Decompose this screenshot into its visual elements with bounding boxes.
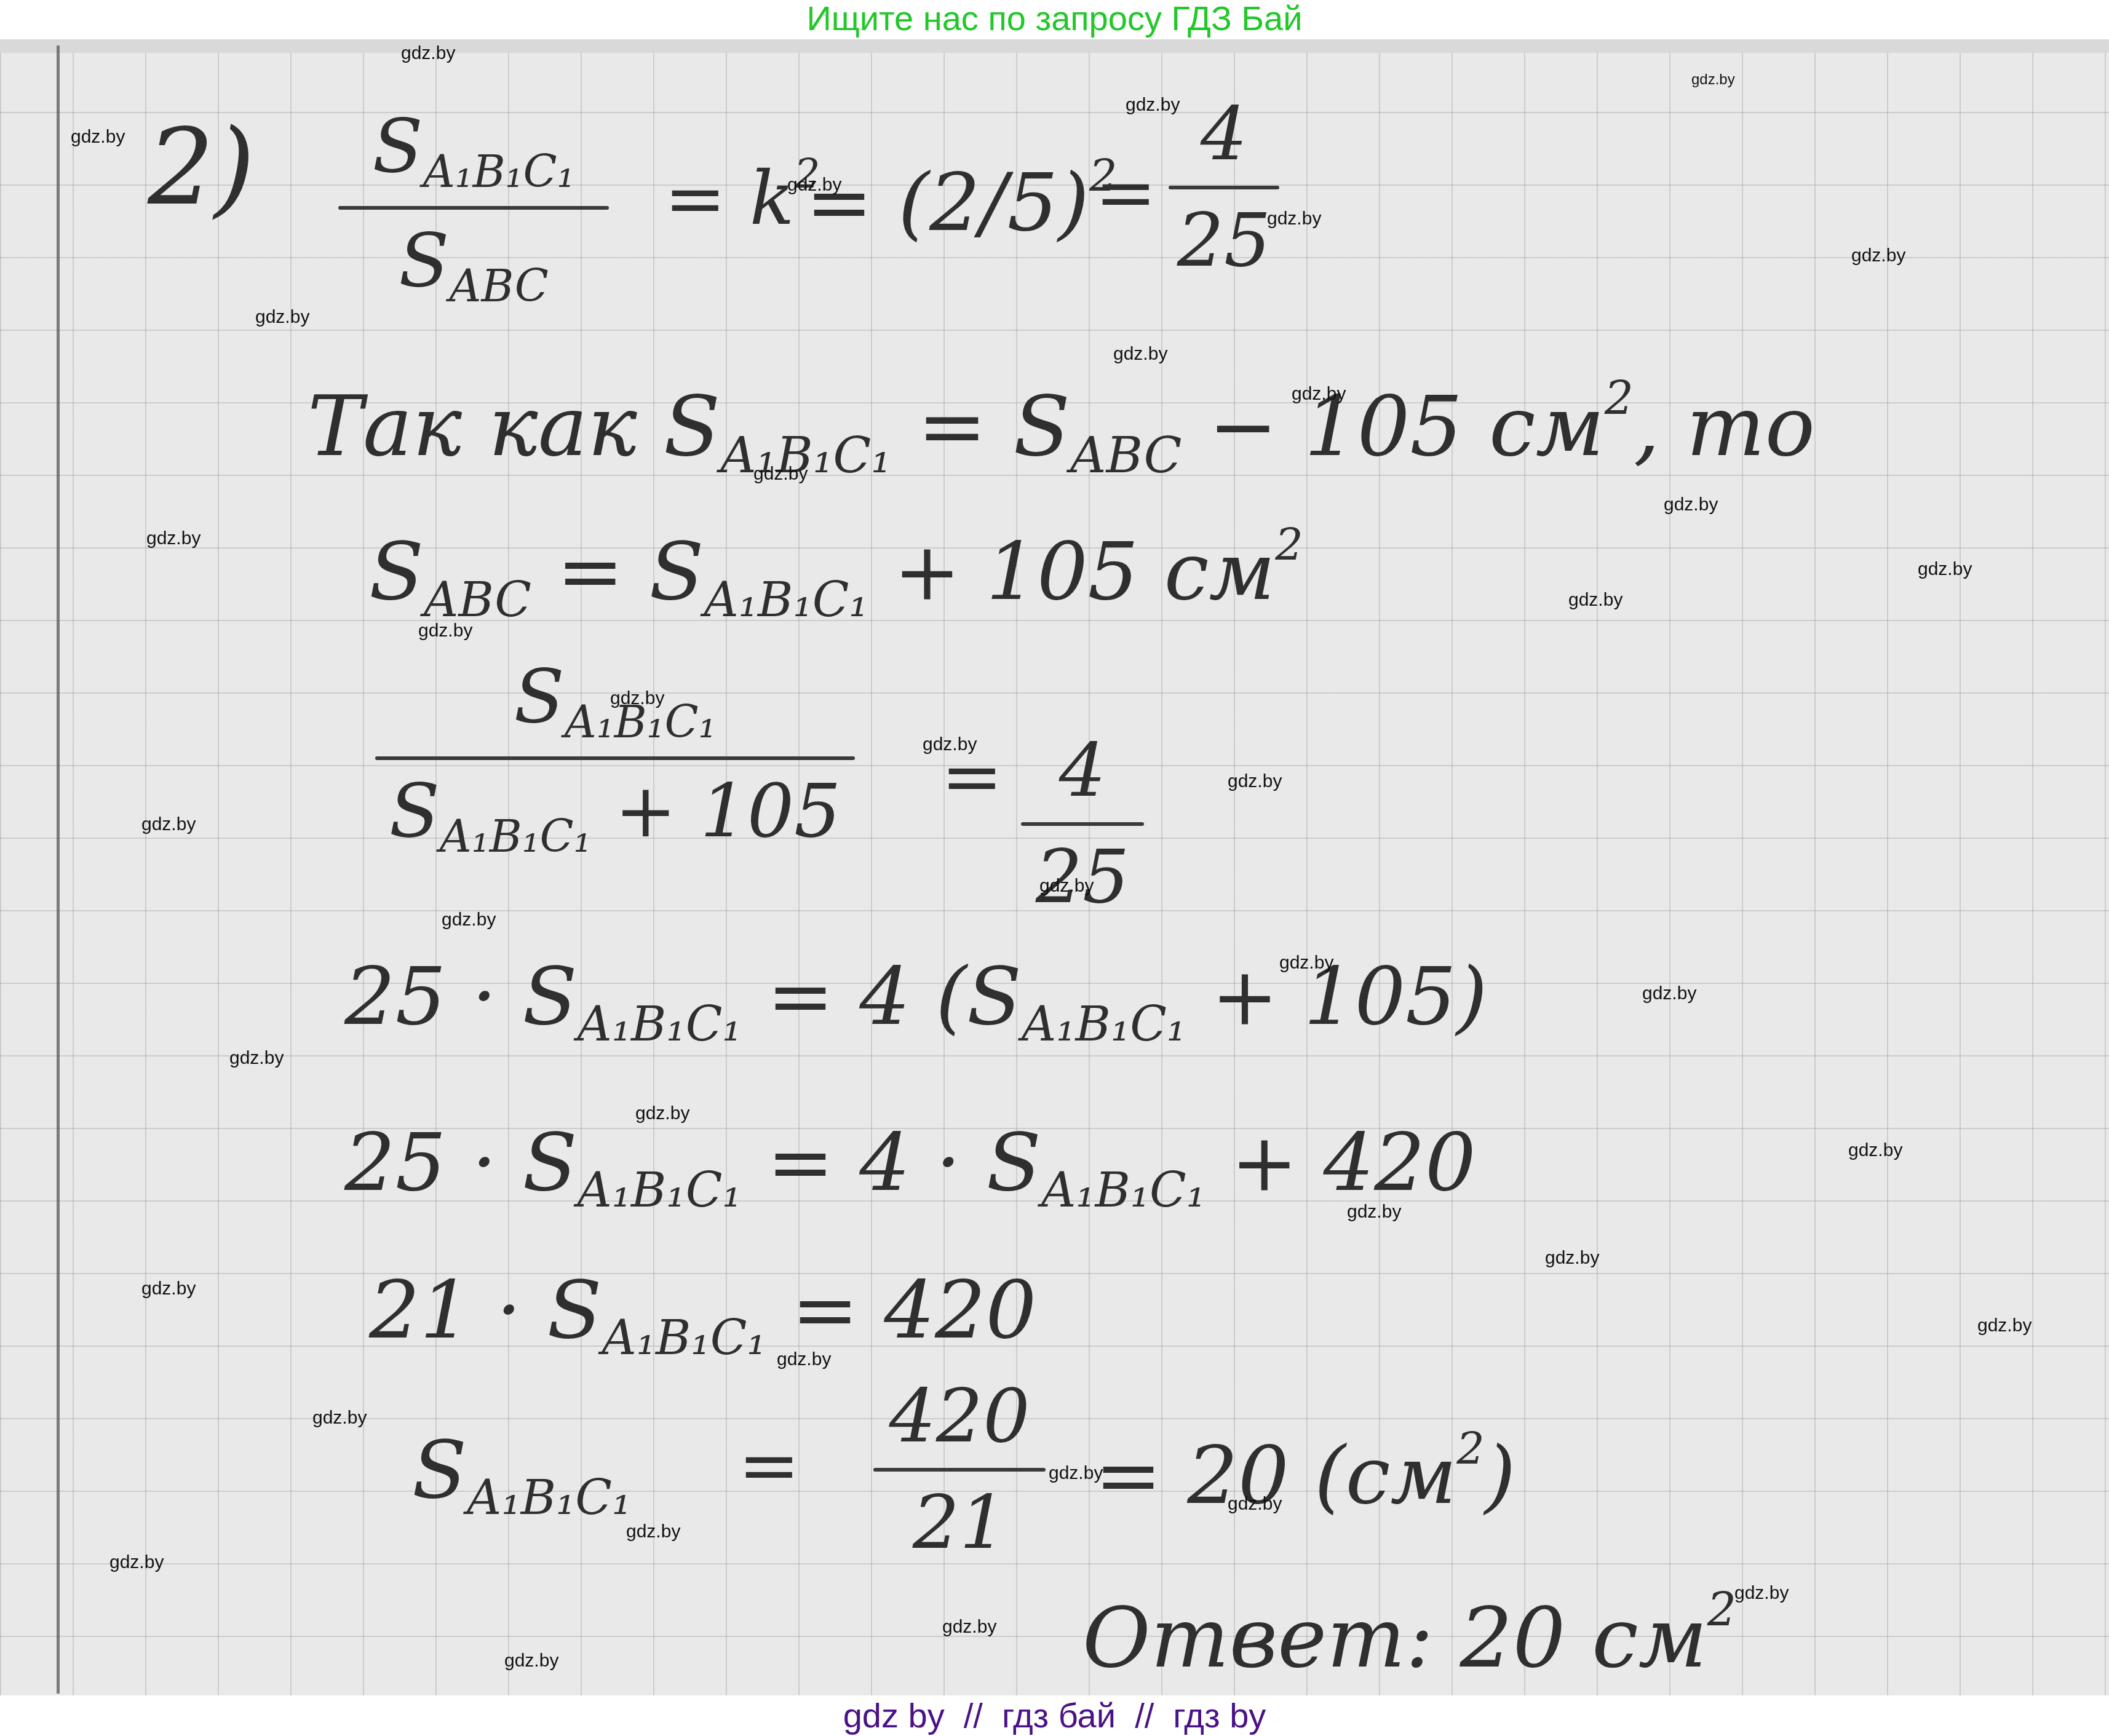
division-fraction: 420 21 bbox=[873, 1374, 1046, 1566]
text: = k bbox=[664, 156, 794, 242]
subscript: A₁B₁C₁ bbox=[602, 1310, 766, 1366]
text: = 420 bbox=[766, 1263, 1037, 1357]
subscript: A₁B₁C₁ bbox=[577, 1163, 741, 1218]
watermark: gdz.by bbox=[1228, 1494, 1282, 1515]
s-symbol: S bbox=[389, 769, 440, 854]
eq-k-squared: = k2 bbox=[664, 150, 820, 242]
watermark: gdz.by bbox=[141, 1278, 196, 1299]
text: S bbox=[412, 1423, 467, 1516]
text: = S bbox=[891, 378, 1070, 475]
subscript: A₁B₁C₁ bbox=[704, 573, 868, 628]
fraction-bar bbox=[1021, 822, 1144, 826]
top-banner: Ищите нас по запросу ГДЗ Бай bbox=[0, 0, 2109, 39]
subscript: ABC bbox=[424, 573, 531, 628]
fraction-denominator: SA₁B₁C₁ + 105 bbox=[375, 769, 855, 862]
watermark: gdz.by bbox=[942, 1617, 996, 1638]
text: 21 · S bbox=[369, 1263, 602, 1357]
line-collect: 21 · SA₁B₁C₁ = 420 bbox=[369, 1263, 1036, 1366]
subscript: A₁B₁C₁ bbox=[1022, 997, 1186, 1052]
item-label: 2) bbox=[148, 107, 255, 229]
subscript: A₁B₁C₁ bbox=[440, 811, 592, 862]
text: Так как S bbox=[308, 378, 720, 475]
eq-two-fifths-squared: = (2/5)2 bbox=[806, 150, 1117, 249]
watermark: gdz.by bbox=[442, 910, 496, 930]
answer-line: Ответ: 20 см2 bbox=[1082, 1583, 1736, 1686]
watermark: gdz.by bbox=[146, 528, 201, 549]
footer-text: gdz by // гдз бай // гдз by bbox=[843, 1696, 1266, 1735]
answer-text: Ответ: 20 см bbox=[1082, 1590, 1707, 1686]
subscript: A₁B₁C₁ bbox=[423, 146, 575, 197]
watermark: gdz.by bbox=[312, 1408, 367, 1429]
fraction-numerator: 4 bbox=[1169, 92, 1279, 177]
watermark: gdz.by bbox=[1691, 71, 1735, 89]
watermark: gdz.by bbox=[1126, 95, 1180, 116]
subscript: ABC bbox=[449, 260, 548, 312]
watermark: gdz.by bbox=[1848, 1140, 1902, 1161]
watermark: gdz.by bbox=[1734, 1583, 1789, 1604]
watermark: gdz.by bbox=[1664, 494, 1718, 515]
line-s-abc: SABC = SA₁B₁C₁ + 105 см2 bbox=[369, 519, 1303, 628]
text: + 105 bbox=[591, 769, 841, 854]
watermark: gdz.by bbox=[1039, 876, 1094, 897]
fraction-bar bbox=[873, 1468, 1046, 1472]
watermark: gdz.by bbox=[1267, 208, 1321, 229]
substituted-fraction: SA₁B₁C₁ SA₁B₁C₁ + 105 bbox=[375, 654, 855, 862]
equals-sign: = bbox=[738, 1423, 800, 1508]
text: + 420 bbox=[1205, 1116, 1476, 1209]
text: 25 · S bbox=[344, 949, 577, 1043]
superscript: 2 bbox=[1707, 1583, 1736, 1636]
watermark: gdz.by bbox=[635, 1103, 689, 1124]
watermark: gdz.by bbox=[1049, 1463, 1103, 1484]
s-symbol: S bbox=[399, 218, 449, 304]
watermark: gdz.by bbox=[229, 1048, 284, 1069]
line-solve-lhs: SA₁B₁C₁ bbox=[412, 1423, 631, 1526]
watermark: gdz.by bbox=[923, 734, 977, 755]
fraction-denominator: SABC bbox=[338, 218, 609, 312]
watermark: gdz.by bbox=[787, 175, 841, 196]
watermark: gdz.by bbox=[418, 620, 472, 641]
fraction-denominator: 21 bbox=[873, 1480, 1046, 1566]
text: = 4 · S bbox=[742, 1116, 1041, 1209]
graph-paper-sheet: 2) SA₁B₁C₁ SABC = k2 = (2/5)2 = 4 25 Так… bbox=[0, 39, 2109, 1695]
subscript: A₁B₁C₁ bbox=[577, 997, 741, 1052]
text: = (2/5) bbox=[806, 156, 1089, 249]
watermark: gdz.by bbox=[1279, 953, 1333, 973]
line-expand: 25 · SA₁B₁C₁ = 4 · SA₁B₁C₁ + 420 bbox=[344, 1116, 1476, 1218]
watermark: gdz.by bbox=[1113, 344, 1167, 365]
equals-sign: = bbox=[1095, 150, 1157, 236]
text: S bbox=[369, 525, 424, 618]
text: − 105 см bbox=[1182, 378, 1605, 475]
text: ) bbox=[1485, 1429, 1516, 1522]
watermark: gdz.by bbox=[141, 814, 196, 835]
text: = S bbox=[531, 525, 704, 618]
watermark: gdz.by bbox=[626, 1521, 680, 1542]
s-symbol: S bbox=[373, 104, 423, 189]
fraction-denominator: 25 bbox=[1169, 198, 1279, 283]
superscript: 2 bbox=[1275, 519, 1303, 570]
result-fraction: 4 25 bbox=[1169, 92, 1279, 283]
fraction-bar bbox=[338, 206, 609, 210]
margin-line bbox=[57, 46, 60, 1694]
watermark: gdz.by bbox=[1228, 771, 1282, 792]
watermark: gdz.by bbox=[777, 1349, 831, 1370]
text: + 105 см bbox=[868, 525, 1276, 618]
watermark: gdz.by bbox=[1977, 1315, 2032, 1336]
banner-text: Ищите нас по запросу ГДЗ Бай bbox=[806, 0, 1302, 38]
subscript: ABC bbox=[1070, 427, 1182, 485]
fraction-numerator: SA₁B₁C₁ bbox=[338, 104, 609, 197]
s-symbol: S bbox=[514, 654, 565, 740]
watermark: gdz.by bbox=[1918, 559, 1972, 580]
line-since: Так как SA₁B₁C₁ = SABC − 105 см2, то bbox=[308, 371, 1815, 485]
watermark: gdz.by bbox=[1568, 590, 1622, 611]
superscript: 2 bbox=[1605, 371, 1634, 425]
text: + 105) bbox=[1186, 949, 1487, 1043]
text: = 4 (S bbox=[742, 949, 1022, 1043]
watermark: gdz.by bbox=[71, 127, 125, 148]
bottom-footer: gdz by // гдз бай // гдз by bbox=[0, 1695, 2109, 1736]
watermark: gdz.by bbox=[1292, 384, 1346, 405]
watermark: gdz.by bbox=[504, 1651, 558, 1671]
fraction-bar bbox=[375, 756, 855, 760]
fraction-bar bbox=[1169, 186, 1279, 189]
fraction-numerator: 4 bbox=[1021, 728, 1144, 814]
watermark: gdz.by bbox=[753, 464, 808, 485]
subscript: A₁B₁C₁ bbox=[1041, 1163, 1205, 1218]
superscript: 2 bbox=[1456, 1423, 1485, 1474]
watermark: gdz.by bbox=[401, 43, 455, 64]
watermark: gdz.by bbox=[109, 1552, 164, 1573]
subscript: A₁B₁C₁ bbox=[467, 1470, 631, 1526]
text: , то bbox=[1634, 378, 1815, 475]
fraction-numerator: 420 bbox=[873, 1374, 1046, 1459]
watermark: gdz.by bbox=[255, 307, 309, 328]
line-solve-result: = 20 (см2) bbox=[1095, 1423, 1516, 1522]
watermark: gdz.by bbox=[610, 688, 664, 709]
ratio-fraction: SA₁B₁C₁ SABC bbox=[338, 104, 609, 312]
watermark: gdz.by bbox=[1347, 1202, 1401, 1223]
watermark: gdz.by bbox=[1642, 983, 1696, 1004]
text: 25 · S bbox=[344, 1116, 577, 1209]
watermark: gdz.by bbox=[1851, 245, 1905, 266]
watermark: gdz.by bbox=[1545, 1248, 1599, 1269]
